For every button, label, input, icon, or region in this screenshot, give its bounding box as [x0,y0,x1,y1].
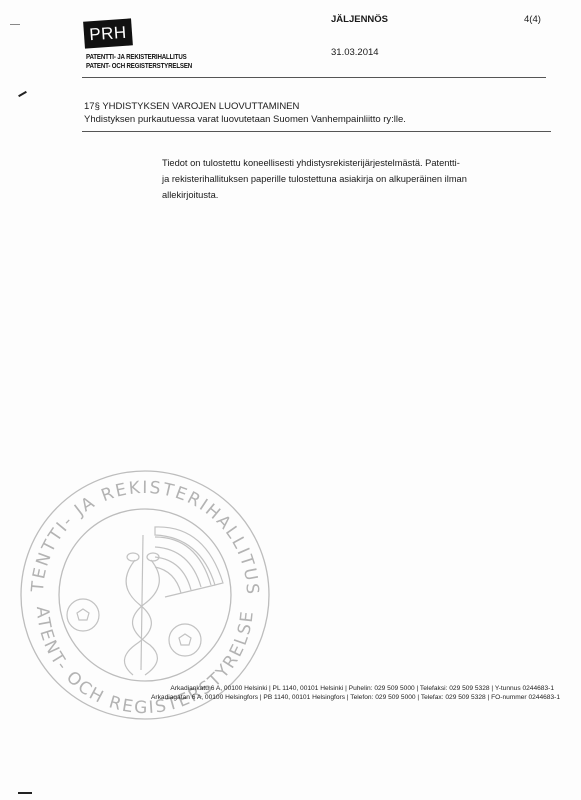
print-notice: Tiedot on tulostettu koneellisesti yhdis… [162,155,462,203]
document-type: JÄLJENNÖS [331,14,388,25]
header-divider [82,77,546,78]
logo-agency-name-fi: PATENTTI- JA REKISTERIHALLITUS [86,52,187,61]
notice-line: ja rekisterihallituksen paperille tulost… [162,171,462,187]
logo-abbr: PRH [89,22,128,45]
notice-line: Tiedot on tulostettu koneellisesti yhdis… [162,155,462,171]
logo-agency-name-sv: PATENT- OCH REGISTERSTYRELSEN [86,61,192,70]
section-title: 17§ YHDISTYKSEN VAROJEN LUOVUTTAMINEN [84,101,299,112]
section-divider [82,131,551,132]
scan-mark [18,91,27,97]
caduceus-seal-icon [67,527,223,675]
footer-row-sv: Arkadiagatan 6 A, 00100 Helsingfors | PB… [60,693,560,702]
scan-mark [18,792,32,794]
document-page: PRH PATENTTI- JA REKISTERIHALLITUS PATEN… [0,0,581,800]
prh-logo: PRH [83,18,133,48]
section-body: Yhdistyksen purkautuessa varat luovuteta… [84,114,406,125]
footer-contact: Arkadiankatu 6 A, 00100 Helsinki | PL 11… [60,684,560,702]
footer-row-fi: Arkadiankatu 6 A, 00100 Helsinki | PL 11… [60,684,560,693]
document-date: 31.03.2014 [331,47,379,58]
notice-line: allekirjoitusta. [162,187,462,203]
svg-text:PATENTTI- JA REKISTERIHALLITUS: PATENTTI- JA REKISTERIHALLITUS • [15,465,262,597]
page-number: 4(4) [524,14,541,25]
scan-mark [10,24,20,25]
